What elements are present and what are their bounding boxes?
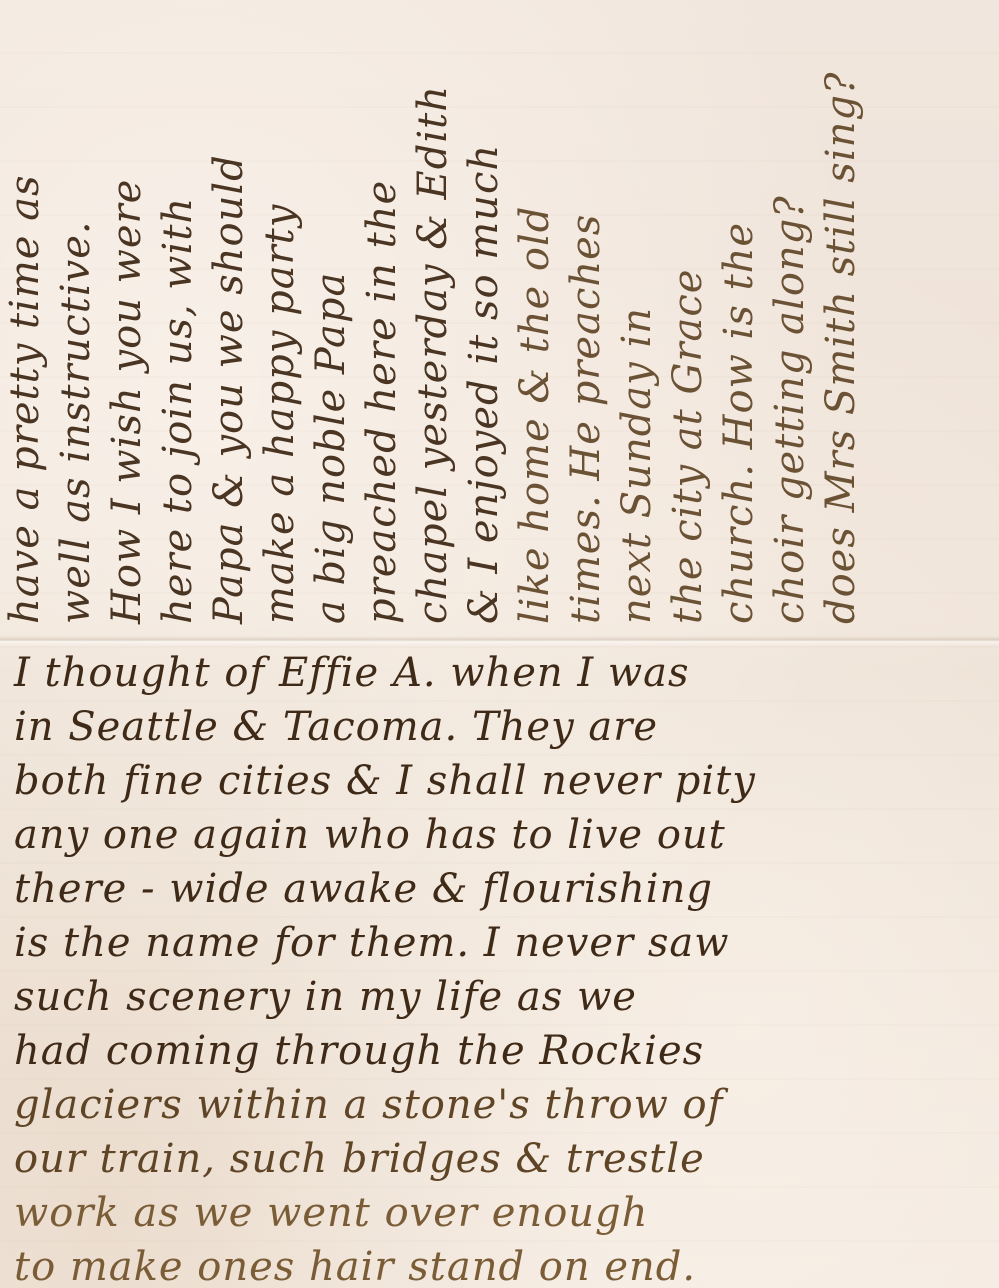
handwritten-line: both fine cities & I shall never pity <box>0 754 999 808</box>
handwritten-line: any one again who has to live out <box>0 808 999 862</box>
handwritten-line: glaciers within a stone's throw of <box>0 1078 999 1132</box>
handwritten-line: like home & the old <box>510 6 561 636</box>
handwritten-line: well as instructive. <box>51 6 102 636</box>
handwritten-line: How I wish you were <box>102 6 153 636</box>
handwritten-line: church. How is the <box>714 6 765 636</box>
handwritten-line: does Mrs Smith still sing? <box>816 6 867 636</box>
handwritten-line: next Sunday in <box>612 6 663 636</box>
sideways-writing-section: have a pretty time as well as instructiv… <box>0 0 999 636</box>
handwritten-line: had coming through the Rockies <box>0 1024 999 1078</box>
handwritten-line: & I enjoyed it so much <box>459 6 510 636</box>
handwritten-line: Papa & you we should <box>204 6 255 636</box>
handwritten-line: preached here in the <box>357 6 408 636</box>
handwritten-line: I thought of Effie A. when I was <box>0 646 999 700</box>
letter-page: have a pretty time as well as instructiv… <box>0 0 999 1288</box>
handwritten-line: work as we went over enough <box>0 1186 999 1240</box>
handwritten-line: have a pretty time as <box>0 6 51 636</box>
handwritten-line: such scenery in my life as we <box>0 970 999 1024</box>
handwritten-line: our train, such bridges & trestle <box>0 1132 999 1186</box>
horizontal-writing-section: I thought of Effie A. when I was in Seat… <box>0 646 999 1288</box>
handwritten-line: to make ones hair stand on end. <box>0 1240 999 1288</box>
handwritten-line: there - wide awake & flourishing <box>0 862 999 916</box>
handwritten-line: the city at Grace <box>663 6 714 636</box>
handwritten-line: in Seattle & Tacoma. They are <box>0 700 999 754</box>
handwritten-line: is the name for them. I never saw <box>0 916 999 970</box>
rotated-text-block: have a pretty time as well as instructiv… <box>0 6 999 636</box>
handwritten-line: a big noble Papa <box>306 6 357 636</box>
handwritten-line: here to join us, with <box>153 6 204 636</box>
handwritten-line: choir getting along? <box>765 6 816 636</box>
fold-crease <box>0 636 999 646</box>
handwritten-line: chapel yesterday & Edith <box>408 6 459 636</box>
handwritten-line: make a happy party <box>255 6 306 636</box>
handwritten-line: times. He preaches <box>561 6 612 636</box>
